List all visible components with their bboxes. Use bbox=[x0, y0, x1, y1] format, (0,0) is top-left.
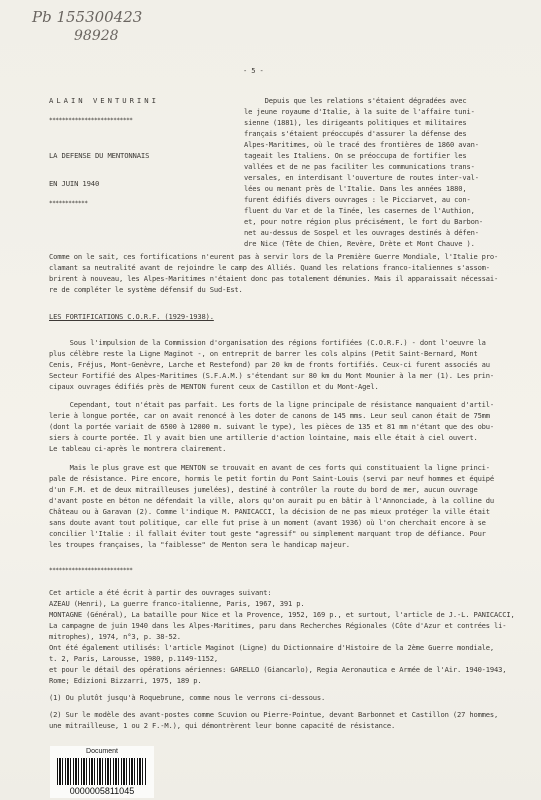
text-line: Cependant, tout n'était pas parfait. Les… bbox=[49, 400, 494, 411]
text-line: furent édifiés divers ouvrages : le Picc… bbox=[244, 195, 471, 206]
text-line: Ont été également utilisés: l'article Ma… bbox=[49, 643, 494, 654]
text-line: d'un F.M. et de deux mitrailleuses jumel… bbox=[49, 485, 478, 496]
text-line: AZEAU (Henri), La guerre franco-italienn… bbox=[49, 599, 305, 610]
text-line: sans doute avant tout politique, car ell… bbox=[49, 518, 486, 529]
separator-stars: ************ bbox=[49, 199, 88, 210]
text-line: concilier l'Italie : il fallait éviter t… bbox=[49, 529, 486, 540]
text-line: fluent du Var et de la Tinée, les casern… bbox=[244, 206, 475, 217]
text-line: Le tableau ci-après le montrera claireme… bbox=[49, 444, 226, 455]
text-line: lées ou menant près de l'Italie. Dans le… bbox=[244, 184, 467, 195]
barcode-label: Document 0000005811045 bbox=[50, 746, 154, 798]
text-line: Comme on le sait, ces fortifications n'e… bbox=[49, 252, 498, 263]
section-heading: LES FORTIFICATIONS C.O.R.F. (1929-1938). bbox=[49, 312, 214, 323]
barcode-icon bbox=[57, 758, 147, 785]
article-subtitle: EN JUIN 1940 bbox=[49, 179, 99, 190]
text-line: siers à courte portée. Il y avait bien u… bbox=[49, 433, 478, 444]
text-line: Cet article a été écrit à partir des ouv… bbox=[49, 588, 272, 599]
text-line: le jeune royaume d'Italie, à la suite de… bbox=[244, 107, 475, 118]
text-line: cipaux ouvrages édifiés près de MENTON f… bbox=[49, 382, 379, 393]
separator-stars: ************************** bbox=[49, 116, 133, 127]
page-number: - 5 - bbox=[243, 66, 264, 77]
text-line: plus célèbre reste la Ligne Maginot -, o… bbox=[49, 349, 478, 360]
text-line: Cenis, Fréjus, Mont-Genèvre, Larche et R… bbox=[49, 360, 490, 371]
text-line: Alpes-Maritimes, où le tracé des frontiè… bbox=[244, 140, 479, 151]
text-line: Rome; Edizioni Bizzarri, 1975, 189 p. bbox=[49, 676, 201, 687]
text-line: La campagne de juin 1940 dans les Alpes-… bbox=[49, 621, 506, 632]
text-line: (dont la portée variait de 6500 à 12000 … bbox=[49, 422, 494, 433]
handwritten-number: 98928 bbox=[74, 28, 119, 44]
text-line: lerie à longue portée, car on avait reno… bbox=[49, 411, 490, 422]
separator-stars: ************************** bbox=[49, 566, 133, 577]
text-line: vallées et de ne pas faciliter les commu… bbox=[244, 162, 475, 173]
text-line: t. 2, Paris, Larousse, 1980, p.1149-1152… bbox=[49, 654, 218, 665]
text-line: Château ou à Garavan (2). Comme l'indiqu… bbox=[49, 507, 490, 518]
handwritten-reference: Pb 155300423 bbox=[32, 8, 142, 26]
footnote-2: (2) Sur le modèle des avant-postes comme… bbox=[49, 710, 498, 721]
barcode-number: 0000005811045 bbox=[50, 786, 154, 796]
text-line: net au-dessus de Sospel et les ouvrages … bbox=[244, 228, 479, 239]
text-line: pale de résistance. Pire encore, hormis … bbox=[49, 474, 494, 485]
text-line: et pour le détail des opérations aérienn… bbox=[49, 665, 506, 676]
text-line: re de compléter le système défensif du S… bbox=[49, 285, 243, 296]
text-line: clamant sa neutralité avant de rejoindre… bbox=[49, 263, 490, 274]
text-line: MONTAGNE (Général), La bataille pour Nic… bbox=[49, 610, 515, 621]
text-line: brirent à nouveau, les Alpes-Maritimes n… bbox=[49, 274, 498, 285]
barcode-title: Document bbox=[50, 748, 154, 755]
text-line: Mais le plus grave est que MENTON se tro… bbox=[49, 463, 490, 474]
footnote-2-cont: une mitrailleuse, 1 ou 2 F.-M.), qui dém… bbox=[49, 721, 395, 732]
text-line: tageait les Italiens. On se préoccupa de… bbox=[244, 151, 467, 162]
text-line: d'avant poste en béton ne défendait la v… bbox=[49, 496, 494, 507]
text-line: français s'étaient préoccupés d'assurer … bbox=[244, 129, 467, 140]
document-page: Pb 155300423 98928 - 5 - ALAIN VENTURINI… bbox=[0, 0, 541, 800]
text-line: Sous l'impulsion de la Commission d'orga… bbox=[49, 338, 486, 349]
footnote-1: (1) Ou plutôt jusqu'à Roquebrune, comme … bbox=[49, 693, 325, 704]
text-line: les troupes françaises, la "faiblesse" d… bbox=[49, 540, 350, 551]
text-line: mitrophes), 1974, n°3, p. 38-52. bbox=[49, 632, 181, 643]
text-line: et, pour notre région plus précisément, … bbox=[244, 217, 483, 228]
article-title: LA DEFENSE DU MENTONNAIS bbox=[49, 151, 149, 162]
text-line: Depuis que les relations s'étaient dégra… bbox=[244, 96, 467, 107]
text-line: versales, en interdisant l'ouverture de … bbox=[244, 173, 479, 184]
text-line: Secteur Fortifié des Alpes-Maritimes (S.… bbox=[49, 371, 494, 382]
text-line: sienne (1881), les dirigeants politiques… bbox=[244, 118, 467, 129]
author-name: ALAIN VENTURINI bbox=[49, 96, 159, 107]
text-line: dre Nice (Tête de Chien, Revère, Drète e… bbox=[244, 239, 475, 250]
